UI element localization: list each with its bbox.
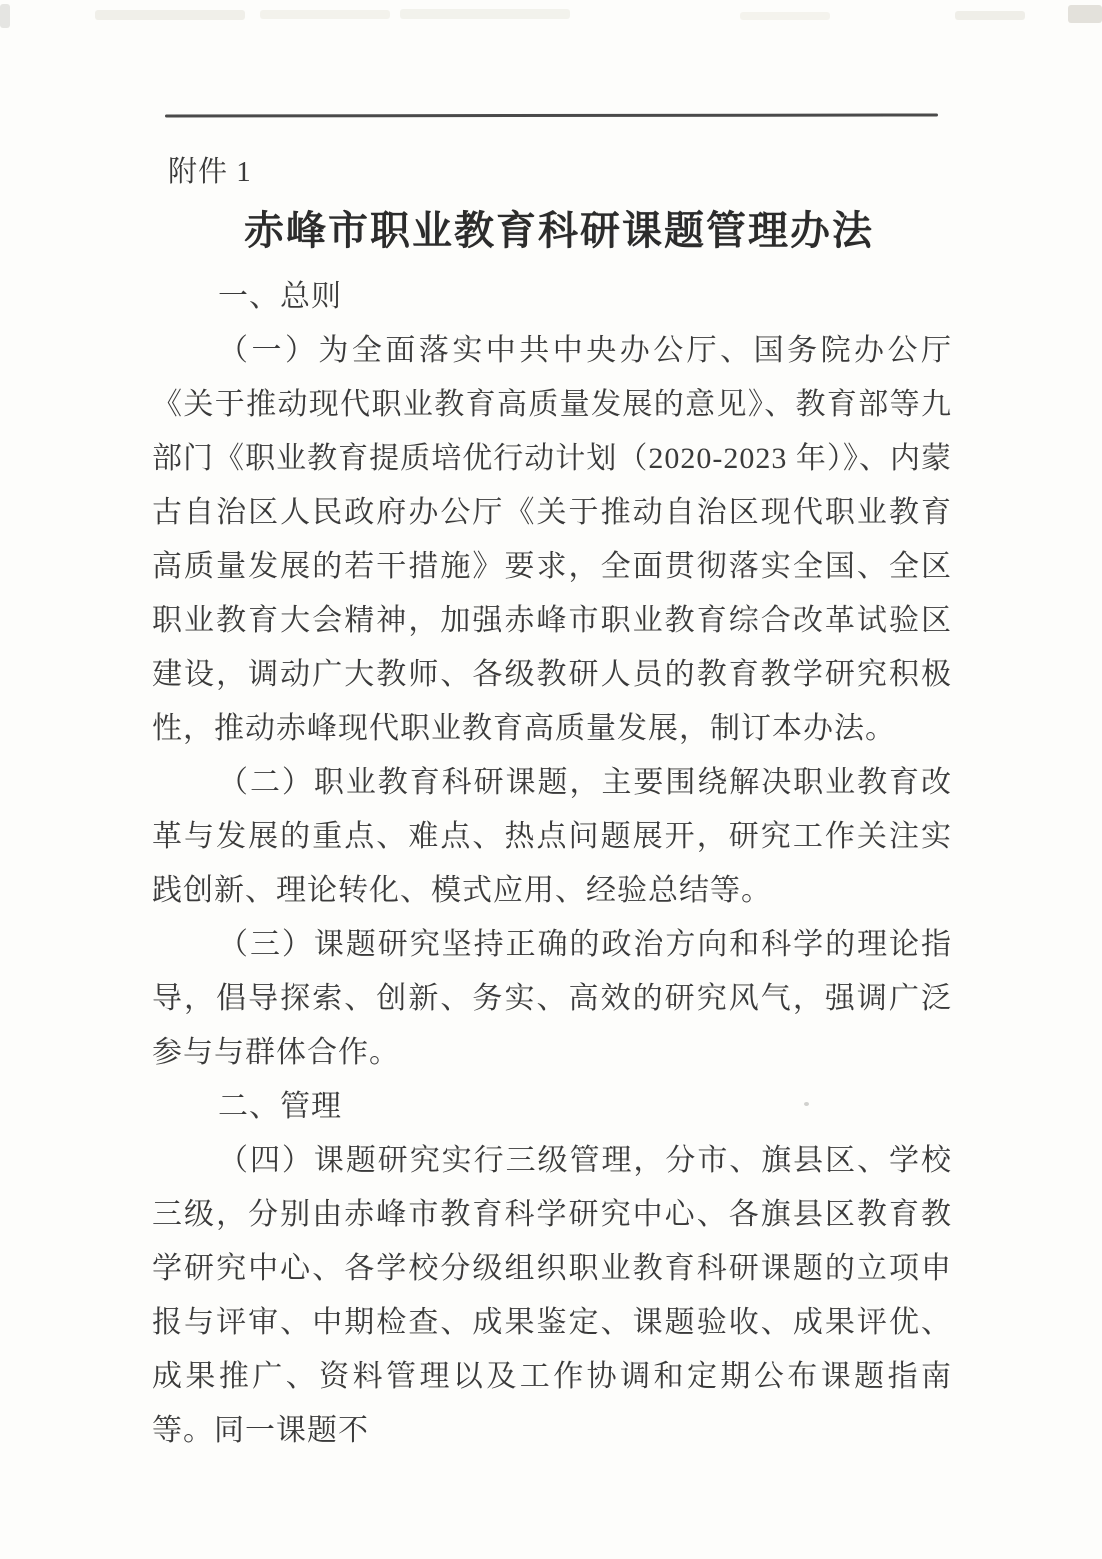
scanned-document-page: 附件 1 赤峰市职业教育科研课题管理办法 一、总则 （一）为全面落实中共中央办公… [0,0,1102,1559]
scan-speck-artifact [804,1102,809,1106]
scan-noise-artifact [0,4,10,28]
scan-noise-artifact [400,9,570,19]
paragraph-2: （二）职业教育科研课题，主要围绕解决职业教育改革与发展的重点、难点、热点问题展开… [152,756,952,918]
scan-noise-artifact [740,12,830,20]
paragraph-1: （一）为全面落实中共中央办公厅、国务院办公厅《关于推动现代职业教育高质量发展的意… [152,324,952,756]
paragraph-3: （三）课题研究坚持正确的政治方向和科学的理论指导，倡导探索、创新、务实、高效的研… [152,918,952,1080]
scan-noise-artifact [1068,5,1102,23]
scan-noise-artifact [260,10,390,19]
document-title: 赤峰市职业教育科研课题管理办法 [152,202,952,260]
section-heading-management: 二、管理 [152,1080,952,1134]
section-heading-general-provisions: 一、总则 [152,270,952,324]
document-body: 附件 1 赤峰市职业教育科研课题管理办法 一、总则 （一）为全面落实中共中央办公… [152,148,952,1458]
scan-noise-artifact [95,10,245,20]
scan-noise-artifact [955,11,1025,20]
attachment-label: 附件 1 [152,148,952,196]
header-divider-line [165,113,938,117]
paragraph-4: （四）课题研究实行三级管理，分市、旗县区、学校三级，分别由赤峰市教育科学研究中心… [152,1134,952,1458]
